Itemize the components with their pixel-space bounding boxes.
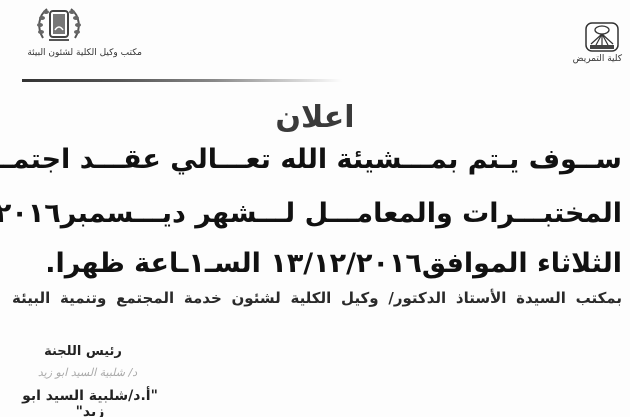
faculty-name-label: كلية التمريض <box>560 54 622 64</box>
signatory-name: "أ.د/شلبية السيد ابو زيد" <box>20 388 160 417</box>
faculty-of-nursing-emblem-icon <box>585 20 619 52</box>
announcement-title: اعلان <box>240 100 390 135</box>
announcement-line-1: ســوف يـتم بمـــشيئة الله تعـــالي عقـــ… <box>10 144 622 175</box>
announcement-line-2: المختبـــرات والمعامـــل لـــشهر ديـــسم… <box>10 198 622 229</box>
handwritten-signature: د/ شلبية السيد ابو زيد <box>35 366 140 379</box>
signature-role: رئيس اللجنة <box>38 344 128 359</box>
header-divider <box>22 79 342 82</box>
university-crest-icon <box>35 4 83 46</box>
vice-dean-office-label: مكتب وكيل الكلية لشئون البيئة <box>22 48 142 58</box>
meeting-location: بمكتب السيدة الأستاذ الدكتور/ وكيل الكلي… <box>12 289 622 307</box>
announcement-document: مكتب وكيل الكلية لشئون البيئة كلية التمر… <box>0 0 630 417</box>
announcement-line-3: الثلاثاء الموافق١٣/١٢/٢٠١٦ السـ١ـاعة ظهر… <box>152 248 622 279</box>
